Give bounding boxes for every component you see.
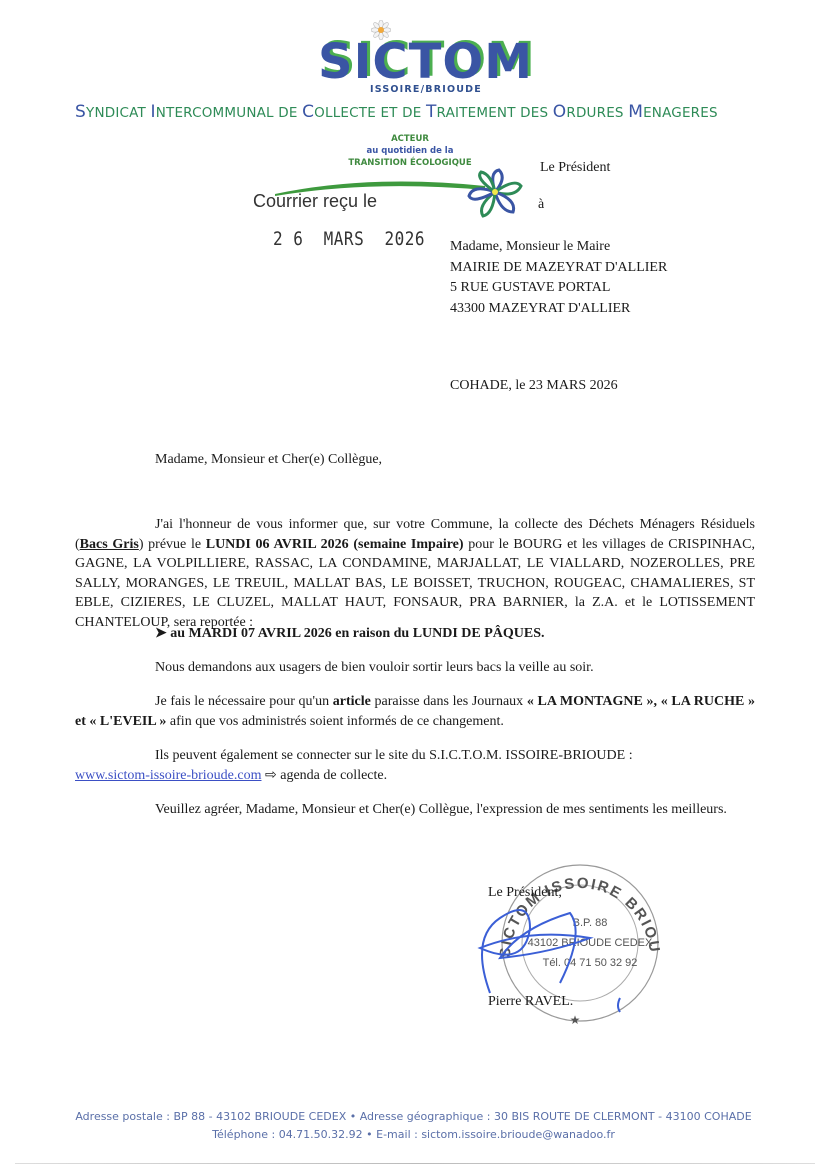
newspaper-names: « LA MONTAGNE », « LA RUCHE » bbox=[527, 694, 755, 709]
organization-name: Syndicat Intercommunal de Collecte et de… bbox=[75, 102, 765, 122]
title-initial: O bbox=[553, 102, 567, 122]
tagline-line-1: ACTEUR bbox=[330, 133, 490, 145]
paragraph-closing: Veuillez agréer, Madame, Monsieur et Che… bbox=[75, 800, 755, 820]
new-date-text: au MARDI 07 AVRIL 2026 en raison du LUND… bbox=[170, 626, 544, 641]
text: et bbox=[75, 714, 89, 729]
received-stamp-label: Courrier reçu le bbox=[253, 191, 377, 212]
flower-icon bbox=[465, 168, 525, 220]
title-word: raitement des bbox=[437, 105, 553, 121]
website-link[interactable]: www.sictom-issoire-brioude.com bbox=[75, 768, 262, 783]
paragraph-new-date: ➤ au MARDI 07 AVRIL 2026 en raison du LU… bbox=[155, 624, 755, 644]
place-and-date: COHADE, le 23 MARS 2026 bbox=[450, 378, 618, 394]
recipient-line: 43300 MAZEYRAT D'ALLIER bbox=[450, 299, 667, 320]
recipient-line: Madame, Monsieur le Maire bbox=[450, 237, 667, 258]
title-initial: M bbox=[628, 102, 643, 122]
logo-subtitle: ISSOIRE/BRIOUDE bbox=[370, 84, 482, 95]
sender-title: Le Président bbox=[540, 160, 610, 176]
footer-contact: Adresse postale : BP 88 - 43102 BRIOUDE … bbox=[0, 1108, 827, 1144]
signature-title: Le Président, bbox=[488, 885, 562, 901]
title-word: enageres bbox=[643, 105, 718, 121]
title-initial: T bbox=[426, 102, 437, 122]
recipient-line: MAIRIE DE MAZEYRAT D'ALLIER bbox=[450, 258, 667, 279]
eco-tagline: ACTEUR au quotidien de la TRANSITION ÉCO… bbox=[330, 133, 490, 169]
title-word: rdures bbox=[566, 105, 628, 121]
sender-to: à bbox=[538, 197, 544, 213]
footer-phone-email: Téléphone : 04.71.50.32.92 • E-mail : si… bbox=[0, 1126, 827, 1144]
svg-text:B.P. 88: B.P. 88 bbox=[573, 917, 608, 929]
title-word: yndicat bbox=[86, 105, 150, 121]
salutation: Madame, Monsieur et Cher(e) Collègue, bbox=[155, 452, 382, 468]
recipient-address: Madame, Monsieur le Maire MAIRIE DE MAZE… bbox=[450, 237, 667, 319]
arrow-bullet-icon: ➤ bbox=[155, 626, 167, 641]
title-word: ollecte et de bbox=[314, 105, 426, 121]
newspaper-name: « L'EVEIL » bbox=[89, 714, 166, 729]
signatory-name: Pierre RAVEL. bbox=[488, 994, 573, 1010]
original-date: LUNDI 06 AVRIL 2026 (semaine Impaire) bbox=[206, 537, 464, 552]
text: article bbox=[333, 694, 371, 709]
svg-text:★: ★ bbox=[570, 1013, 581, 1027]
paragraph-instructions: Nous demandons aux usagers de bien voulo… bbox=[155, 658, 755, 678]
sictom-logo: SICTOM ISSOIRE/BRIOUDE bbox=[318, 20, 528, 100]
text: paraisse dans les Journaux bbox=[371, 694, 527, 709]
text: afin que vos administrés soient informés… bbox=[166, 714, 503, 729]
footer-address: Adresse postale : BP 88 - 43102 BRIOUDE … bbox=[0, 1108, 827, 1126]
logo-wordmark: SICTOM bbox=[318, 38, 533, 86]
text: ) prévue le bbox=[139, 537, 206, 552]
bins-type: Bacs Gris bbox=[80, 537, 139, 552]
title-initial: S bbox=[75, 102, 86, 122]
svg-text:Tél. 04 71 50 32 92: Tél. 04 71 50 32 92 bbox=[543, 957, 638, 969]
title-word: ntercommunal de bbox=[156, 105, 302, 121]
text: Ils peuvent également se connecter sur l… bbox=[155, 748, 633, 763]
title-initial: C bbox=[302, 102, 314, 122]
recipient-line: 5 RUE GUSTAVE PORTAL bbox=[450, 278, 667, 299]
received-stamp-date: 2 6 MARS 2026 bbox=[273, 228, 425, 250]
paragraph-collection-notice: J'ai l'honneur de vous informer que, sur… bbox=[75, 515, 755, 633]
footer-divider bbox=[15, 1163, 815, 1164]
paragraph-website: Ils peuvent également se connecter sur l… bbox=[75, 746, 755, 785]
text: ⇨ agenda de collecte. bbox=[262, 768, 388, 783]
tagline-line-2: au quotidien de la bbox=[330, 145, 490, 157]
text: Je fais le nécessaire pour qu'un bbox=[155, 694, 333, 709]
paragraph-newspapers: Je fais le nécessaire pour qu'un article… bbox=[75, 692, 755, 731]
